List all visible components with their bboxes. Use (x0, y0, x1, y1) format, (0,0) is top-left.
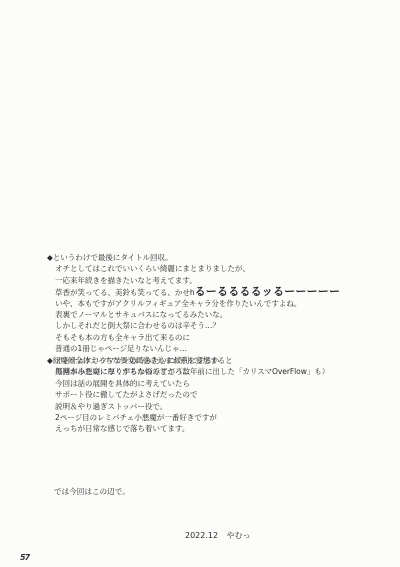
text-line: ◆紅魔館全体えっちな異変に巻き込まれ系を妄想すると (47, 355, 329, 366)
text-line-emphasis: 草香が笑ってる、美鈴も笑ってる、かせhるーるるるるッるーーーーー (47, 286, 340, 297)
page-number: 57 (20, 553, 29, 562)
document-page: ◆というわけで最後にタイトル回収。 オチとしてはこれでいいくらい綺麗にまとまりま… (0, 0, 400, 567)
text-line: ◆というわけで最後にタイトル回収。 (47, 252, 340, 263)
text-line: オチとしてはこれでいいくらい綺麗にまとまりましたが、 (47, 263, 340, 274)
text-line: 2ページ目のレミパチェ小悪魔が一番好きですが (47, 412, 329, 423)
text-line: 表裏でノーマルとサキュバスになってるみたいな。 (47, 309, 340, 320)
signature-date: 2022.12 (185, 531, 218, 540)
text-line: えっちが日常な感じで落ち着いてます。 (47, 423, 329, 434)
elongated-shout-text: るーるるるるッるーーーーー (195, 285, 341, 298)
signature: 2022.12 やむっ (185, 530, 251, 541)
text-line: サポート役に徹してたがよさげだったので (47, 389, 329, 400)
text-line: 黒幕が小悪魔になりがちなのですが（数年前に出した「カリスマOverFlow」も） (47, 366, 329, 377)
text-line: 普通の1冊じゃページ足りないんじゃ… (47, 343, 340, 354)
text-line: 今回は話の展開を具体的に考えていたら (47, 378, 329, 389)
text-line: 説明＆やり過ぎストッパー役で。 (47, 401, 329, 412)
afterword-section-2: ◆紅魔館全体えっちな異変に巻き込まれ系を妄想すると 黒幕が小悪魔になりがちなので… (47, 355, 329, 435)
signature-author: やむっ (227, 531, 251, 540)
closing-remark: では今回はこの辺で。 (54, 486, 130, 497)
text-line: いや、本もですがアクリルフィギュア全キャラ分を作りたいんですよね。 (47, 298, 340, 309)
text-line: しかしそれだと倒大祭に合わせるのは辛そう…？ (47, 320, 340, 331)
text-line: そもそも本の方も全キャラ出て来るのに (47, 332, 340, 343)
